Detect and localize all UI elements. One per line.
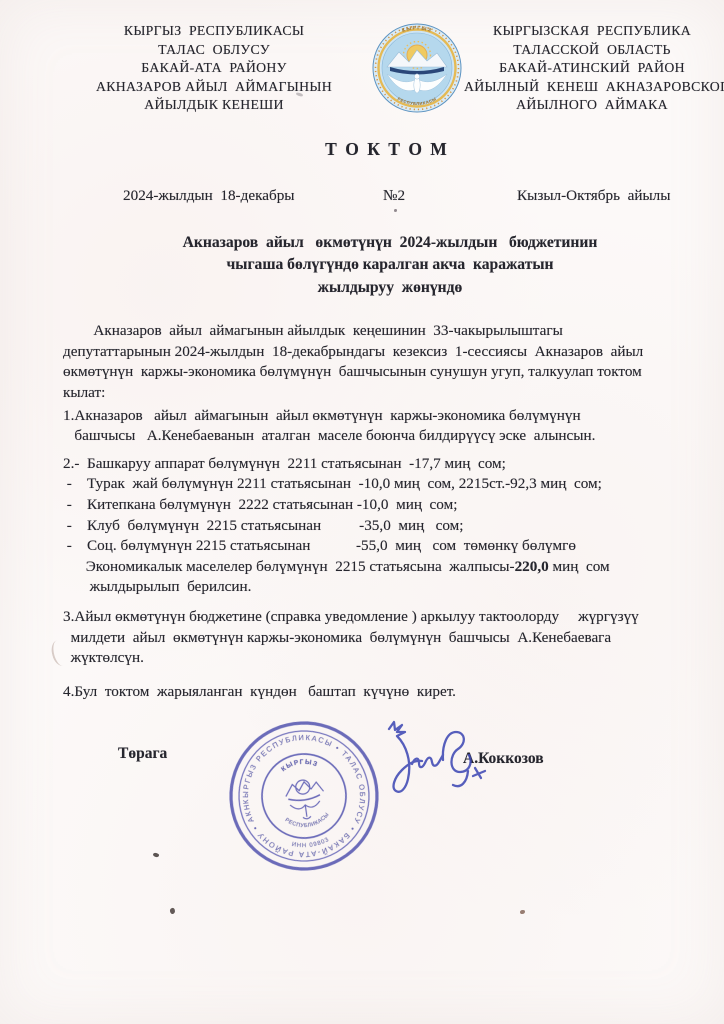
body-line: депутаттарынын 2024-жылдын 18-декабрында… xyxy=(63,342,696,363)
chairman-label: Төрага xyxy=(118,745,167,763)
decree-item-2: 2.- Башкаруу аппарат бөлүмүнүн 2211 стат… xyxy=(63,454,696,598)
letterhead-line: АКНАЗАРОВ АЙЫЛ АЙМАГЫНЫН xyxy=(58,78,370,97)
letterhead-line: БАКАЙ-АТИНСКИЙ РАЙОН xyxy=(464,59,720,78)
body-line: башчысы А.Кенебаеванын аталган маселе бо… xyxy=(63,426,696,447)
stamp-inner-bottom-text: РЕСПУБЛИКАСЫ xyxy=(283,811,332,832)
letterhead-line: КЫРГЫЗ РЕСПУБЛИКАСЫ xyxy=(58,22,370,41)
ink-speck xyxy=(169,907,175,914)
decree-item-1: 1.Акназаров айыл аймагынын айыл өкмөтүнү… xyxy=(63,406,696,447)
decree-item-3: 3.Айыл өкмөтүнүн бюджетине (справка увед… xyxy=(63,607,696,669)
letterhead-line: ТАЛАС ОБЛУСУ xyxy=(58,41,370,60)
total-amount: 220,0 xyxy=(515,558,549,575)
letterhead-kyrgyz: КЫРГЫЗ РЕСПУБЛИКАСЫ ТАЛАС ОБЛУСУ БАКАЙ-А… xyxy=(58,22,370,115)
scanned-document-page: КЫРГЫЗ РЕСПУБЛИКАСЫ ТАЛАС ОБЛУСУ БАКАЙ-А… xyxy=(0,0,724,1024)
kyrgyz-coat-of-arms-icon: КЫРГЫЗ РЕСПУБЛИКАСЫ xyxy=(371,22,463,114)
body-line: жылдырылып берилсин. xyxy=(63,577,696,598)
document-title: Т О К Т О М xyxy=(0,139,724,160)
ink-speck xyxy=(152,852,159,858)
signature-icon xyxy=(368,714,493,806)
body-line: 3.Айыл өкмөтүнүн бюджетине (справка увед… xyxy=(63,607,696,628)
ink-speck xyxy=(520,910,525,914)
document-meta-row: 2024-жылдын 18-декабры №2 Кызыл-Октябрь … xyxy=(0,187,724,208)
body-line: Акназаров айыл аймагынын айылдык кеңешин… xyxy=(63,321,696,342)
body-line: - Соц. бөлүмүнүн 2215 статьясынан -55,0 … xyxy=(63,536,696,557)
total-text-post: миң сом xyxy=(549,558,610,575)
body-line: 2.- Башкаруу аппарат бөлүмүнүн 2211 стат… xyxy=(63,454,696,475)
letterhead-line: ТАЛАССКОЙ ОБЛАСТЬ xyxy=(464,41,720,60)
svg-text:РЕСПУБЛИКАСЫ: РЕСПУБЛИКАСЫ xyxy=(283,811,332,832)
subject-line: Акназаров айыл өкмөтүнүн 2024-жылдын бюд… xyxy=(56,232,724,254)
document-number: №2 xyxy=(383,187,405,205)
letterhead-emblem-wrap: КЫРГЫЗ РЕСПУБЛИКАСЫ xyxy=(370,22,464,115)
letterhead-line: БАКАЙ-АТА РАЙОНУ xyxy=(58,59,370,78)
ink-speck xyxy=(394,209,397,212)
document-subject: Акназаров айыл өкмөтүнүн 2024-жылдын бюд… xyxy=(0,232,724,299)
body-line: милдети айыл өкмөтүнүн каржы-экономика б… xyxy=(63,628,696,649)
letterhead-line: КЫРГЫЗСКАЯ РЕСПУБЛИКА xyxy=(464,22,720,41)
body-line: кылат: xyxy=(63,383,696,404)
letterhead-russian: КЫРГЫЗСКАЯ РЕСПУБЛИКА ТАЛАССКОЙ ОБЛАСТЬ … xyxy=(464,22,720,115)
subject-line: чыгаша бөлүгүндө каралган акча каражатын xyxy=(56,254,724,276)
letterhead-line: АЙЫЛДЫК КЕНЕШИ xyxy=(58,96,370,115)
document-body: Акназаров айыл аймагынын айылдык кеңешин… xyxy=(0,321,724,702)
letterhead-line: АЙЫЛНЫЙ КЕНЕШ АКНАЗАРОВСКОГО xyxy=(464,78,720,97)
body-line: 1.Акназаров айыл аймагынын айыл өкмөтүнү… xyxy=(63,406,696,427)
document-date: 2024-жылдын 18-декабры xyxy=(123,187,295,205)
subject-line: жылдыруу жөнүндө xyxy=(56,277,724,299)
letterhead-line: АЙЫЛНОГО АЙМАКА xyxy=(464,96,720,115)
decree-item-4: 4.Бул токтом жарыяланган күндөн баштап к… xyxy=(63,682,696,703)
body-line: өкмөтүнүн каржы-экономика бөлүмүнүн башч… xyxy=(63,362,696,383)
body-line: 4.Бул токтом жарыяланган күндөн баштап к… xyxy=(63,682,696,703)
body-line: - Китепкана бөлүмүнүн 2222 статьясынан -… xyxy=(63,495,696,516)
intro-paragraph: Акназаров айыл аймагынын айылдык кеңешин… xyxy=(63,321,696,403)
stamp-emblem-icon xyxy=(284,777,327,821)
body-line: жүктөлсүн. xyxy=(63,648,696,669)
total-text-pre: Экономикалык маселелер бөлүмүнүн 2215 ст… xyxy=(63,558,515,575)
body-line: - Клуб бөлүмүнүн 2215 статьясынан -35,0 … xyxy=(63,516,696,537)
letterhead: КЫРГЫЗ РЕСПУБЛИКАСЫ ТАЛАС ОБЛУСУ БАКАЙ-А… xyxy=(0,0,724,115)
body-line: - Турак жай бөлүмүнүн 2211 статьясынан -… xyxy=(63,474,696,495)
body-line-total: Экономикалык маселелер бөлүмүнүн 2215 ст… xyxy=(63,557,696,578)
document-place: Кызыл-Октябрь айылы xyxy=(517,187,670,205)
